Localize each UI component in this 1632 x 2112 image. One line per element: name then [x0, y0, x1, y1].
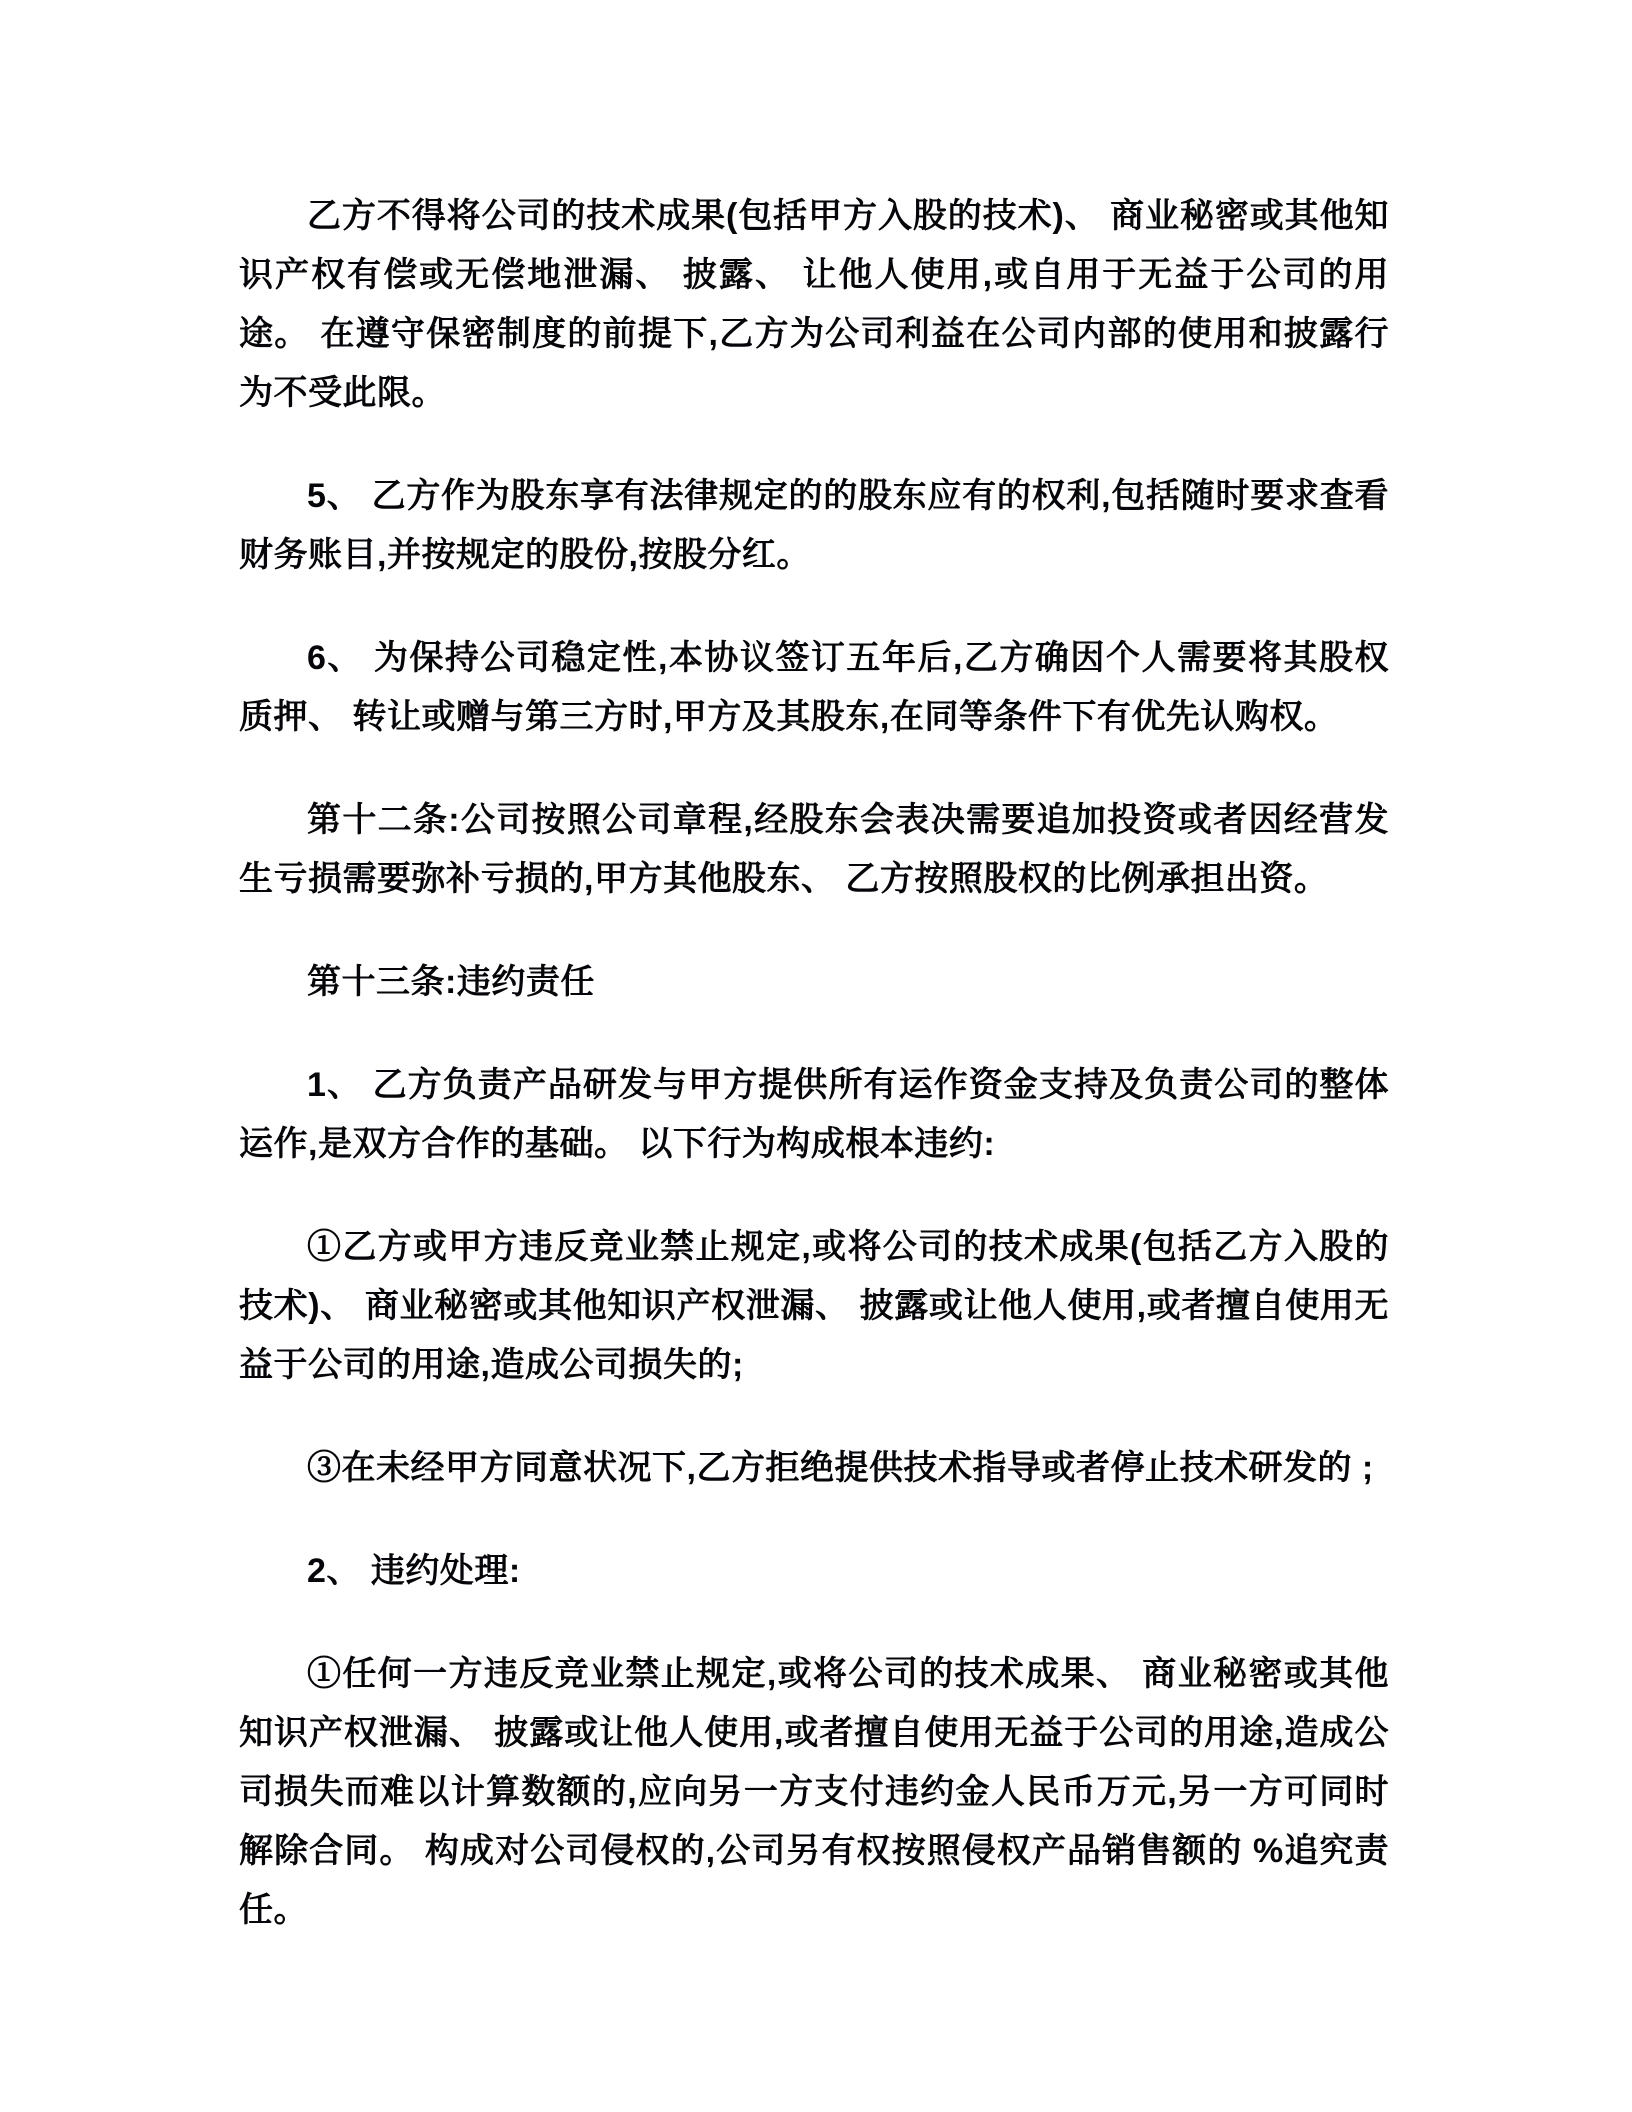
paragraph-clause-1-ip-violation: ①乙方或甲方违反竞业禁止规定,或将公司的技术成果(包括乙方入股的技术)、 商业秘… [239, 1218, 1389, 1395]
contract-body: 乙方不得将公司的技术成果(包括甲方入股的技术)、 商业秘密或其他知识产权有偿或无… [239, 187, 1389, 1940]
paragraph-item-1-fundamental-breach: 1、 乙方负责产品研发与甲方提供所有运作资金支持及负责公司的整体运作,是双方合作… [239, 1056, 1389, 1174]
paragraph-clause-1-penalty: ①任何一方违反竞业禁止规定,或将公司的技术成果、 商业秘密或其他知识产权泄漏、 … [239, 1645, 1389, 1940]
paragraph-item-6-equity-transfer: 6、 为保持公司稳定性,本协议签订五年后,乙方确因个人需要将其股权质押、 转让或… [239, 629, 1389, 747]
paragraph-article-12-capital-contribution: 第十二条:公司按照公司章程,经股东会表决需要追加投资或者因经营发生亏损需要弥补亏… [239, 791, 1389, 909]
document-page: 乙方不得将公司的技术成果(包括甲方入股的技术)、 商业秘密或其他知识产权有偿或无… [0, 0, 1632, 2112]
paragraph-item-5-shareholder-rights: 5、 乙方作为股东享有法律规定的的股东应有的权利,包括随时要求查看财务账目,并按… [239, 467, 1389, 585]
heading-article-13-breach-liability: 第十三条:违约责任 [239, 953, 1389, 1012]
paragraph-ip-confidentiality: 乙方不得将公司的技术成果(包括甲方入股的技术)、 商业秘密或其他知识产权有偿或无… [239, 187, 1389, 423]
paragraph-item-2-breach-handling: 2、 违约处理: [239, 1542, 1389, 1601]
paragraph-clause-3-refusal-of-support: ③在未经甲方同意状况下,乙方拒绝提供技术指导或者停止技术研发的 ; [239, 1439, 1389, 1498]
